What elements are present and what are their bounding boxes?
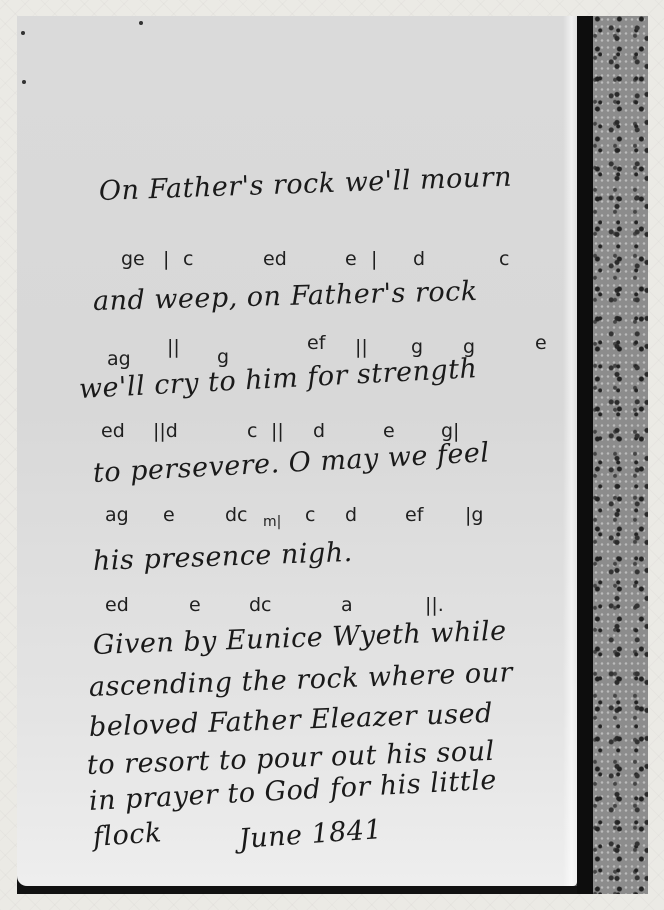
note: m| <box>263 514 281 530</box>
note: g <box>411 336 423 358</box>
note: ed <box>263 248 287 270</box>
note: ||. <box>425 594 444 616</box>
note: g <box>217 346 229 368</box>
note: ef <box>405 504 423 526</box>
note: d <box>313 420 325 442</box>
date-line: June 1841 <box>238 814 383 855</box>
note: d <box>413 248 425 270</box>
note-line-2: ascending the rock where our <box>88 657 513 703</box>
note: c <box>499 248 509 270</box>
note: dc <box>225 504 248 526</box>
note-line-3: beloved Father Eleazer used <box>88 698 493 743</box>
lyric-line-2: and weep, on Father's rock <box>93 276 478 317</box>
note: e <box>163 504 175 526</box>
lyric-line-3: we'll cry to him for strength <box>78 353 478 405</box>
note: c <box>183 248 193 270</box>
note: || <box>355 336 368 358</box>
note: | <box>163 248 169 270</box>
lyric-line-5: his presence nigh. <box>92 537 353 577</box>
adjacent-page-edge <box>593 16 648 894</box>
note: e <box>345 248 357 270</box>
note: e <box>383 420 395 442</box>
note: d <box>345 504 357 526</box>
note: ed <box>105 594 129 616</box>
note: || <box>271 420 284 442</box>
manuscript-page: On Father's rock we'll mourn ge | c ed e… <box>17 16 577 886</box>
note: e <box>189 594 201 616</box>
note-line-1: Given by Eunice Wyeth while <box>92 616 507 661</box>
manuscript-frame: On Father's rock we'll mourn ge | c ed e… <box>17 16 648 894</box>
note: |g <box>465 504 483 526</box>
note: ge <box>121 248 145 270</box>
note: ag <box>105 504 129 526</box>
note: dc <box>249 594 272 616</box>
note: || <box>167 336 180 358</box>
lyric-line-1: On Father's rock we'll mourn <box>98 162 512 207</box>
note: e <box>535 332 547 354</box>
book-spine-shadow <box>577 16 593 894</box>
note: a <box>341 594 353 616</box>
lyric-line-4: to persevere. O may we feel <box>92 437 490 489</box>
note-line-6: flock <box>92 817 163 853</box>
note: ag <box>107 348 131 370</box>
note: c <box>247 420 257 442</box>
note: ef <box>307 332 325 354</box>
handwritten-content: On Father's rock we'll mourn ge | c ed e… <box>17 16 577 886</box>
note: ed <box>101 420 125 442</box>
note: ||d <box>153 420 178 442</box>
note: c <box>305 504 315 526</box>
note: | <box>371 248 377 270</box>
